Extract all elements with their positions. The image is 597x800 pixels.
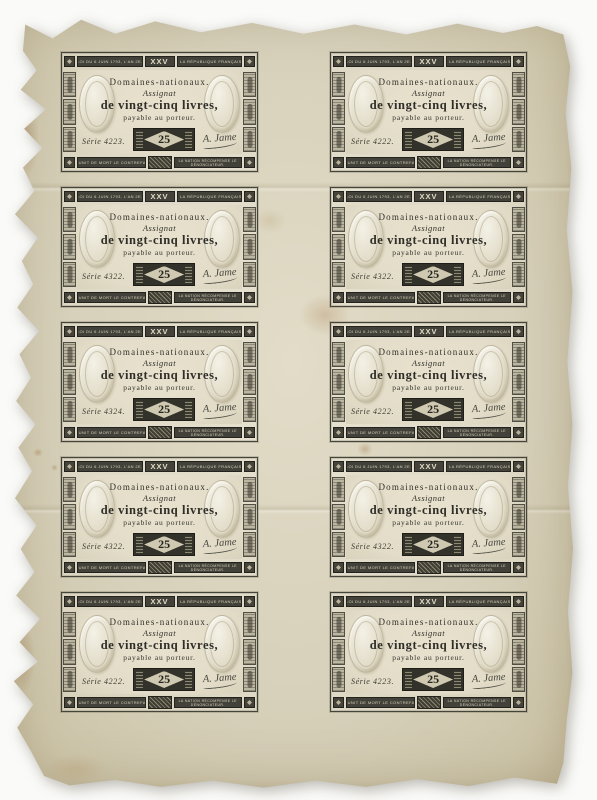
allegorical-figure-panel: [63, 342, 76, 367]
corner-ornament-icon: [244, 461, 255, 472]
counterfeit-warning-box: LA LOI PUNIT DE MORT LE CONTREFACTEUR.: [346, 562, 415, 573]
assignat-note: LOI DU 6 JUIN 1793, L'AN 2E. XXV DE LA R…: [61, 187, 258, 307]
note-bottom-border: LA LOI PUNIT DE MORT LE CONTREFACTEUR. L…: [62, 559, 257, 576]
corner-ornament-icon: [64, 596, 75, 607]
note-top-border: LOI DU 6 JUIN 1793, L'AN 2E. XXV DE LA R…: [331, 53, 526, 70]
law-date-box: LOI DU 6 JUIN 1793, L'AN 2E.: [77, 191, 143, 202]
corner-ornament-icon: [64, 562, 75, 573]
denomination-lozenge: 25: [133, 668, 195, 691]
note-denomination-text: de vingt-cinq livres,: [346, 503, 511, 518]
allegorical-figure-panel: [243, 207, 256, 232]
allegorical-figure-panel: [63, 639, 76, 664]
denouncer-reward-box: LA NATION RÉCOMPENSE LE DÉNONCIATEUR.: [443, 292, 512, 303]
note-subtitle: Assignat: [77, 223, 242, 233]
serial-number: Série 4322.: [82, 542, 125, 556]
denomination-roman-box: XXV: [145, 56, 175, 67]
corner-ornament-icon: [513, 292, 524, 303]
denomination-lozenge: 25: [402, 668, 464, 691]
note-bottom-border: LA LOI PUNIT DE MORT LE CONTREFACTEUR. L…: [331, 154, 526, 171]
note-denomination-text: de vingt-cinq livres,: [77, 233, 242, 248]
center-ornament-icon: [148, 561, 172, 574]
note-subtitle: Assignat: [346, 493, 511, 503]
allegorical-figure-panel: [332, 127, 345, 152]
allegorical-figure-panel: [63, 369, 76, 394]
note-bottom-row: Série 4322. 25 A. Jame: [351, 260, 506, 286]
right-border-ornaments: [511, 205, 526, 289]
allegorical-figure-panel: [332, 369, 345, 394]
denomination-lozenge: 25: [133, 398, 195, 421]
assignat-note: LOI DU 6 JUIN 1793, L'AN 2E. XXV DE LA R…: [330, 592, 527, 712]
allegorical-figure-panel: [512, 639, 525, 664]
denomination-roman-box: XXV: [414, 326, 444, 337]
corner-ornament-icon: [513, 562, 524, 573]
note-field: Domaines-nationaux. Assignat de vingt-ci…: [77, 610, 242, 694]
left-border-ornaments: [62, 70, 77, 154]
corner-ornament-icon: [64, 191, 75, 202]
denouncer-reward-box: LA NATION RÉCOMPENSE LE DÉNONCIATEUR.: [443, 562, 512, 573]
allegorical-figure-panel: [512, 342, 525, 367]
note-title: Domaines-nationaux.: [77, 77, 242, 87]
corner-ornament-icon: [333, 427, 344, 438]
corner-ornament-icon: [64, 157, 75, 168]
allegorical-figure-panel: [243, 532, 256, 557]
counterfeit-warning-box: LA LOI PUNIT DE MORT LE CONTREFACTEUR.: [77, 292, 146, 303]
allegorical-figure-panel: [243, 612, 256, 637]
signature: A. Jame: [203, 672, 238, 692]
note-payable-text: payable au porteur.: [346, 248, 511, 257]
center-ornament-icon: [148, 291, 172, 304]
allegorical-figure-panel: [243, 127, 256, 152]
law-date-box: LOI DU 6 JUIN 1793, L'AN 2E.: [346, 461, 412, 472]
allegorical-figure-panel: [512, 667, 525, 692]
allegorical-figure-panel: [332, 262, 345, 287]
allegorical-figure-panel: [63, 99, 76, 124]
right-border-ornaments: [242, 475, 257, 559]
corner-ornament-icon: [244, 427, 255, 438]
allegorical-figure-panel: [243, 667, 256, 692]
denouncer-reward-box: LA NATION RÉCOMPENSE LE DÉNONCIATEUR.: [174, 292, 243, 303]
serial-number: Série 4322.: [351, 272, 394, 286]
note-denomination-text: de vingt-cinq livres,: [77, 503, 242, 518]
serial-number: Série 4223.: [82, 137, 125, 151]
note-field: Domaines-nationaux. Assignat de vingt-ci…: [346, 70, 511, 154]
note-payable-text: payable au porteur.: [77, 248, 242, 257]
note-payable-text: payable au porteur.: [77, 383, 242, 392]
corner-ornament-icon: [244, 562, 255, 573]
note-bottom-border: LA LOI PUNIT DE MORT LE CONTREFACTEUR. L…: [331, 424, 526, 441]
note-title: Domaines-nationaux.: [77, 617, 242, 627]
denomination-roman-box: XXV: [414, 461, 444, 472]
sheet-shadow-wrapper: LOI DU 6 JUIN 1793, L'AN 2E. XXV DE LA R…: [7, 12, 577, 790]
note-field: Domaines-nationaux. Assignat de vingt-ci…: [346, 205, 511, 289]
note-top-border: LOI DU 6 JUIN 1793, L'AN 2E. XXV DE LA R…: [331, 323, 526, 340]
stain: [51, 464, 58, 471]
serial-number: Série 4322.: [82, 272, 125, 286]
note-bottom-row: Série 4222. 25 A. Jame: [351, 125, 506, 151]
allegorical-figure-panel: [332, 612, 345, 637]
corner-ornament-icon: [244, 157, 255, 168]
corner-ornament-icon: [244, 596, 255, 607]
republic-box: DE LA RÉPUBLIQUE FRANÇAISE.: [446, 596, 512, 607]
corner-ornament-icon: [513, 427, 524, 438]
allegorical-figure-panel: [332, 234, 345, 259]
allegorical-figure-panel: [243, 262, 256, 287]
denomination-lozenge: 25: [402, 533, 464, 556]
note-payable-text: payable au porteur.: [77, 518, 242, 527]
allegorical-figure-panel: [63, 532, 76, 557]
denomination-lozenge: 25: [133, 128, 195, 151]
signature: A. Jame: [472, 537, 507, 557]
law-date-box: LOI DU 6 JUIN 1793, L'AN 2E.: [77, 596, 143, 607]
allegorical-figure-panel: [332, 639, 345, 664]
law-date-box: LOI DU 6 JUIN 1793, L'AN 2E.: [77, 461, 143, 472]
allegorical-figure-panel: [243, 342, 256, 367]
note-field: Domaines-nationaux. Assignat de vingt-ci…: [77, 340, 242, 424]
denomination-numeral: 25: [427, 132, 439, 147]
note-bottom-border: LA LOI PUNIT DE MORT LE CONTREFACTEUR. L…: [62, 289, 257, 306]
left-border-ornaments: [331, 475, 346, 559]
denomination-lozenge: 25: [402, 398, 464, 421]
corner-ornament-icon: [333, 191, 344, 202]
note-subtitle: Assignat: [346, 88, 511, 98]
allegorical-figure-panel: [512, 369, 525, 394]
republic-box: DE LA RÉPUBLIQUE FRANÇAISE.: [446, 326, 512, 337]
serial-number: Série 4222.: [351, 407, 394, 421]
corner-ornament-icon: [333, 461, 344, 472]
denomination-numeral: 25: [427, 672, 439, 687]
denomination-roman-box: XXV: [145, 191, 175, 202]
counterfeit-warning-box: LA LOI PUNIT DE MORT LE CONTREFACTEUR.: [77, 427, 146, 438]
denomination-numeral: 25: [158, 537, 170, 552]
signature: A. Jame: [472, 132, 507, 152]
denouncer-reward-box: LA NATION RÉCOMPENSE LE DÉNONCIATEUR.: [174, 562, 243, 573]
note-payable-text: payable au porteur.: [346, 653, 511, 662]
allegorical-figure-panel: [63, 262, 76, 287]
note-subtitle: Assignat: [77, 88, 242, 98]
left-border-ornaments: [331, 340, 346, 424]
note-bottom-border: LA LOI PUNIT DE MORT LE CONTREFACTEUR. L…: [62, 694, 257, 711]
corner-ornament-icon: [64, 461, 75, 472]
corner-ornament-icon: [333, 326, 344, 337]
note-title: Domaines-nationaux.: [346, 347, 511, 357]
corner-ornament-icon: [64, 427, 75, 438]
allegorical-figure-panel: [512, 72, 525, 97]
allegorical-figure-panel: [243, 99, 256, 124]
note-top-border: LOI DU 6 JUIN 1793, L'AN 2E. XXV DE LA R…: [62, 458, 257, 475]
signature: A. Jame: [472, 672, 507, 692]
denomination-roman-box: XXV: [145, 596, 175, 607]
allegorical-figure-panel: [243, 477, 256, 502]
serial-number: Série 4324.: [82, 407, 125, 421]
allegorical-figure-panel: [243, 639, 256, 664]
assignat-note: LOI DU 6 JUIN 1793, L'AN 2E. XXV DE LA R…: [61, 457, 258, 577]
denomination-lozenge: 25: [133, 263, 195, 286]
note-field: Domaines-nationaux. Assignat de vingt-ci…: [77, 205, 242, 289]
law-date-box: LOI DU 6 JUIN 1793, L'AN 2E.: [77, 56, 143, 67]
note-field: Domaines-nationaux. Assignat de vingt-ci…: [77, 70, 242, 154]
corner-ornament-icon: [244, 292, 255, 303]
note-bottom-border: LA LOI PUNIT DE MORT LE CONTREFACTEUR. L…: [62, 154, 257, 171]
corner-ornament-icon: [64, 326, 75, 337]
edge-tear-stain: [9, 100, 39, 178]
note-bottom-border: LA LOI PUNIT DE MORT LE CONTREFACTEUR. L…: [62, 424, 257, 441]
allegorical-figure-panel: [63, 612, 76, 637]
assignat-note: LOI DU 6 JUIN 1793, L'AN 2E. XXV DE LA R…: [330, 187, 527, 307]
allegorical-figure-panel: [512, 207, 525, 232]
center-ornament-icon: [417, 156, 441, 169]
assignat-note: LOI DU 6 JUIN 1793, L'AN 2E. XXV DE LA R…: [61, 592, 258, 712]
denouncer-reward-box: LA NATION RÉCOMPENSE LE DÉNONCIATEUR.: [443, 157, 512, 168]
corner-ornament-icon: [333, 157, 344, 168]
note-top-border: LOI DU 6 JUIN 1793, L'AN 2E. XXV DE LA R…: [62, 53, 257, 70]
edge-tear-stain: [7, 312, 29, 358]
note-denomination-text: de vingt-cinq livres,: [77, 638, 242, 653]
note-denomination-text: de vingt-cinq livres,: [346, 233, 511, 248]
note-payable-text: payable au porteur.: [346, 518, 511, 527]
republic-box: DE LA RÉPUBLIQUE FRANÇAISE.: [446, 191, 512, 202]
center-ornament-icon: [148, 156, 172, 169]
republic-box: DE LA RÉPUBLIQUE FRANÇAISE.: [177, 326, 243, 337]
assignat-note: LOI DU 6 JUIN 1793, L'AN 2E. XXV DE LA R…: [330, 52, 527, 172]
left-border-ornaments: [62, 205, 77, 289]
law-date-box: LOI DU 6 JUIN 1793, L'AN 2E.: [346, 326, 412, 337]
note-bottom-row: Série 4223. 25 A. Jame: [351, 665, 506, 691]
corner-ornament-icon: [333, 56, 344, 67]
center-ornament-icon: [417, 561, 441, 574]
allegorical-figure-panel: [332, 504, 345, 529]
edge-tear-stain: [7, 624, 35, 694]
allegorical-figure-panel: [332, 207, 345, 232]
right-border-ornaments: [242, 610, 257, 694]
allegorical-figure-panel: [512, 612, 525, 637]
law-date-box: LOI DU 6 JUIN 1793, L'AN 2E.: [346, 596, 412, 607]
note-denomination-text: de vingt-cinq livres,: [77, 368, 242, 383]
left-border-ornaments: [331, 70, 346, 154]
corner-ornament-icon: [333, 292, 344, 303]
counterfeit-warning-box: LA LOI PUNIT DE MORT LE CONTREFACTEUR.: [77, 697, 146, 708]
allegorical-figure-panel: [332, 477, 345, 502]
note-payable-text: payable au porteur.: [346, 383, 511, 392]
left-border-ornaments: [62, 475, 77, 559]
note-payable-text: payable au porteur.: [77, 653, 242, 662]
allegorical-figure-panel: [63, 72, 76, 97]
denomination-roman-box: XXV: [145, 326, 175, 337]
note-field: Domaines-nationaux. Assignat de vingt-ci…: [346, 475, 511, 559]
corner-ornament-icon: [513, 461, 524, 472]
denomination-numeral: 25: [427, 537, 439, 552]
note-bottom-row: Série 4223. 25 A. Jame: [82, 125, 237, 151]
note-field: Domaines-nationaux. Assignat de vingt-ci…: [346, 340, 511, 424]
corner-ornament-icon: [64, 697, 75, 708]
denomination-numeral: 25: [158, 672, 170, 687]
allegorical-figure-panel: [512, 504, 525, 529]
left-border-ornaments: [62, 610, 77, 694]
right-border-ornaments: [511, 70, 526, 154]
note-top-border: LOI DU 6 JUIN 1793, L'AN 2E. XXV DE LA R…: [62, 593, 257, 610]
note-title: Domaines-nationaux.: [346, 617, 511, 627]
signature: A. Jame: [472, 402, 507, 422]
allegorical-figure-panel: [512, 234, 525, 259]
stain: [33, 448, 43, 457]
corner-ornament-icon: [64, 292, 75, 303]
note-top-border: LOI DU 6 JUIN 1793, L'AN 2E. XXV DE LA R…: [62, 188, 257, 205]
allegorical-figure-panel: [512, 99, 525, 124]
center-ornament-icon: [148, 696, 172, 709]
corner-ornament-icon: [513, 326, 524, 337]
note-top-border: LOI DU 6 JUIN 1793, L'AN 2E. XXV DE LA R…: [62, 323, 257, 340]
center-ornament-icon: [148, 426, 172, 439]
note-bottom-row: Série 4222. 25 A. Jame: [82, 665, 237, 691]
note-bottom-border: LA LOI PUNIT DE MORT LE CONTREFACTEUR. L…: [331, 559, 526, 576]
center-ornament-icon: [417, 696, 441, 709]
allegorical-figure-panel: [243, 72, 256, 97]
republic-box: DE LA RÉPUBLIQUE FRANÇAISE.: [177, 461, 243, 472]
note-title: Domaines-nationaux.: [77, 482, 242, 492]
allegorical-figure-panel: [63, 477, 76, 502]
note-title: Domaines-nationaux.: [77, 212, 242, 222]
corner-ornament-icon: [333, 596, 344, 607]
corner-ornament-icon: [513, 596, 524, 607]
denomination-lozenge: 25: [402, 263, 464, 286]
center-ornament-icon: [417, 426, 441, 439]
assignat-note: LOI DU 6 JUIN 1793, L'AN 2E. XXV DE LA R…: [61, 322, 258, 442]
denomination-roman-box: XXV: [145, 461, 175, 472]
denomination-numeral: 25: [158, 402, 170, 417]
notes-grid: LOI DU 6 JUIN 1793, L'AN 2E. XXV DE LA R…: [61, 52, 527, 712]
allegorical-figure-panel: [512, 127, 525, 152]
denomination-numeral: 25: [158, 267, 170, 282]
serial-number: Série 4222.: [82, 677, 125, 691]
center-ornament-icon: [417, 291, 441, 304]
allegorical-figure-panel: [243, 397, 256, 422]
republic-box: DE LA RÉPUBLIQUE FRANÇAISE.: [446, 56, 512, 67]
allegorical-figure-panel: [512, 262, 525, 287]
right-border-ornaments: [511, 340, 526, 424]
denomination-roman-box: XXV: [414, 596, 444, 607]
denomination-numeral: 25: [427, 402, 439, 417]
republic-box: DE LA RÉPUBLIQUE FRANÇAISE.: [177, 596, 243, 607]
republic-box: DE LA RÉPUBLIQUE FRANÇAISE.: [446, 461, 512, 472]
corner-ornament-icon: [244, 697, 255, 708]
signature: A. Jame: [203, 402, 238, 422]
signature: A. Jame: [203, 132, 238, 152]
note-bottom-row: Série 4222. 25 A. Jame: [351, 395, 506, 421]
note-bottom-row: Série 4322. 25 A. Jame: [351, 530, 506, 556]
note-subtitle: Assignat: [346, 223, 511, 233]
assignat-note: LOI DU 6 JUIN 1793, L'AN 2E. XXV DE LA R…: [330, 322, 527, 442]
note-denomination-text: de vingt-cinq livres,: [346, 98, 511, 113]
note-subtitle: Assignat: [346, 628, 511, 638]
allegorical-figure-panel: [63, 397, 76, 422]
corner-ornament-icon: [333, 562, 344, 573]
note-top-border: LOI DU 6 JUIN 1793, L'AN 2E. XXV DE LA R…: [331, 188, 526, 205]
allegorical-figure-panel: [243, 369, 256, 394]
corner-ornament-icon: [513, 191, 524, 202]
allegorical-figure-panel: [63, 207, 76, 232]
note-title: Domaines-nationaux.: [346, 482, 511, 492]
allegorical-figure-panel: [332, 99, 345, 124]
note-subtitle: Assignat: [346, 358, 511, 368]
note-bottom-row: Série 4322. 25 A. Jame: [82, 530, 237, 556]
serial-number: Série 4223.: [351, 677, 394, 691]
allegorical-figure-panel: [63, 504, 76, 529]
note-denomination-text: de vingt-cinq livres,: [77, 98, 242, 113]
note-top-border: LOI DU 6 JUIN 1793, L'AN 2E. XXV DE LA R…: [331, 593, 526, 610]
allegorical-figure-panel: [332, 532, 345, 557]
allegorical-figure-panel: [512, 397, 525, 422]
note-subtitle: Assignat: [77, 493, 242, 503]
note-payable-text: payable au porteur.: [346, 113, 511, 122]
allegorical-figure-panel: [332, 397, 345, 422]
counterfeit-warning-box: LA LOI PUNIT DE MORT LE CONTREFACTEUR.: [77, 157, 146, 168]
denomination-lozenge: 25: [402, 128, 464, 151]
left-border-ornaments: [331, 610, 346, 694]
note-title: Domaines-nationaux.: [346, 77, 511, 87]
republic-box: DE LA RÉPUBLIQUE FRANÇAISE.: [177, 56, 243, 67]
right-border-ornaments: [242, 340, 257, 424]
signature: A. Jame: [203, 537, 238, 557]
corner-ornament-icon: [333, 697, 344, 708]
denouncer-reward-box: LA NATION RÉCOMPENSE LE DÉNONCIATEUR.: [174, 157, 243, 168]
denomination-roman-box: XXV: [414, 191, 444, 202]
assignat-note: LOI DU 6 JUIN 1793, L'AN 2E. XXV DE LA R…: [330, 457, 527, 577]
republic-box: DE LA RÉPUBLIQUE FRANÇAISE.: [177, 191, 243, 202]
law-date-box: LOI DU 6 JUIN 1793, L'AN 2E.: [346, 191, 412, 202]
corner-ornament-icon: [513, 697, 524, 708]
signature: A. Jame: [203, 267, 238, 287]
corner-ornament-icon: [244, 56, 255, 67]
allegorical-figure-panel: [332, 667, 345, 692]
denouncer-reward-box: LA NATION RÉCOMPENSE LE DÉNONCIATEUR.: [174, 697, 243, 708]
note-subtitle: Assignat: [77, 628, 242, 638]
denomination-roman-box: XXV: [414, 56, 444, 67]
corner-ornament-icon: [64, 56, 75, 67]
counterfeit-warning-box: LA LOI PUNIT DE MORT LE CONTREFACTEUR.: [77, 562, 146, 573]
allegorical-figure-panel: [63, 127, 76, 152]
allegorical-figure-panel: [243, 234, 256, 259]
denomination-numeral: 25: [158, 132, 170, 147]
allegorical-figure-panel: [243, 504, 256, 529]
denouncer-reward-box: LA NATION RÉCOMPENSE LE DÉNONCIATEUR.: [443, 697, 512, 708]
law-date-box: LOI DU 6 JUIN 1793, L'AN 2E.: [346, 56, 412, 67]
allegorical-figure-panel: [332, 72, 345, 97]
right-border-ornaments: [242, 70, 257, 154]
note-title: Domaines-nationaux.: [346, 212, 511, 222]
note-denomination-text: de vingt-cinq livres,: [346, 368, 511, 383]
allegorical-figure-panel: [512, 477, 525, 502]
left-border-ornaments: [331, 205, 346, 289]
note-bottom-row: Série 4324. 25 A. Jame: [82, 395, 237, 421]
counterfeit-warning-box: LA LOI PUNIT DE MORT LE CONTREFACTEUR.: [346, 157, 415, 168]
denomination-numeral: 25: [427, 267, 439, 282]
serial-number: Série 4322.: [351, 542, 394, 556]
corner-ornament-icon: [244, 191, 255, 202]
allegorical-figure-panel: [63, 667, 76, 692]
allegorical-figure-panel: [63, 234, 76, 259]
note-bottom-border: LA LOI PUNIT DE MORT LE CONTREFACTEUR. L…: [331, 289, 526, 306]
note-subtitle: Assignat: [77, 358, 242, 368]
corner-ornament-icon: [513, 56, 524, 67]
allegorical-figure-panel: [512, 532, 525, 557]
assignat-sheet: LOI DU 6 JUIN 1793, L'AN 2E. XXV DE LA R…: [7, 12, 577, 790]
assignat-note: LOI DU 6 JUIN 1793, L'AN 2E. XXV DE LA R…: [61, 52, 258, 172]
law-date-box: LOI DU 6 JUIN 1793, L'AN 2E.: [77, 326, 143, 337]
note-title: Domaines-nationaux.: [77, 347, 242, 357]
right-border-ornaments: [242, 205, 257, 289]
counterfeit-warning-box: LA LOI PUNIT DE MORT LE CONTREFACTEUR.: [346, 427, 415, 438]
note-bottom-border: LA LOI PUNIT DE MORT LE CONTREFACTEUR. L…: [331, 694, 526, 711]
right-border-ornaments: [511, 475, 526, 559]
